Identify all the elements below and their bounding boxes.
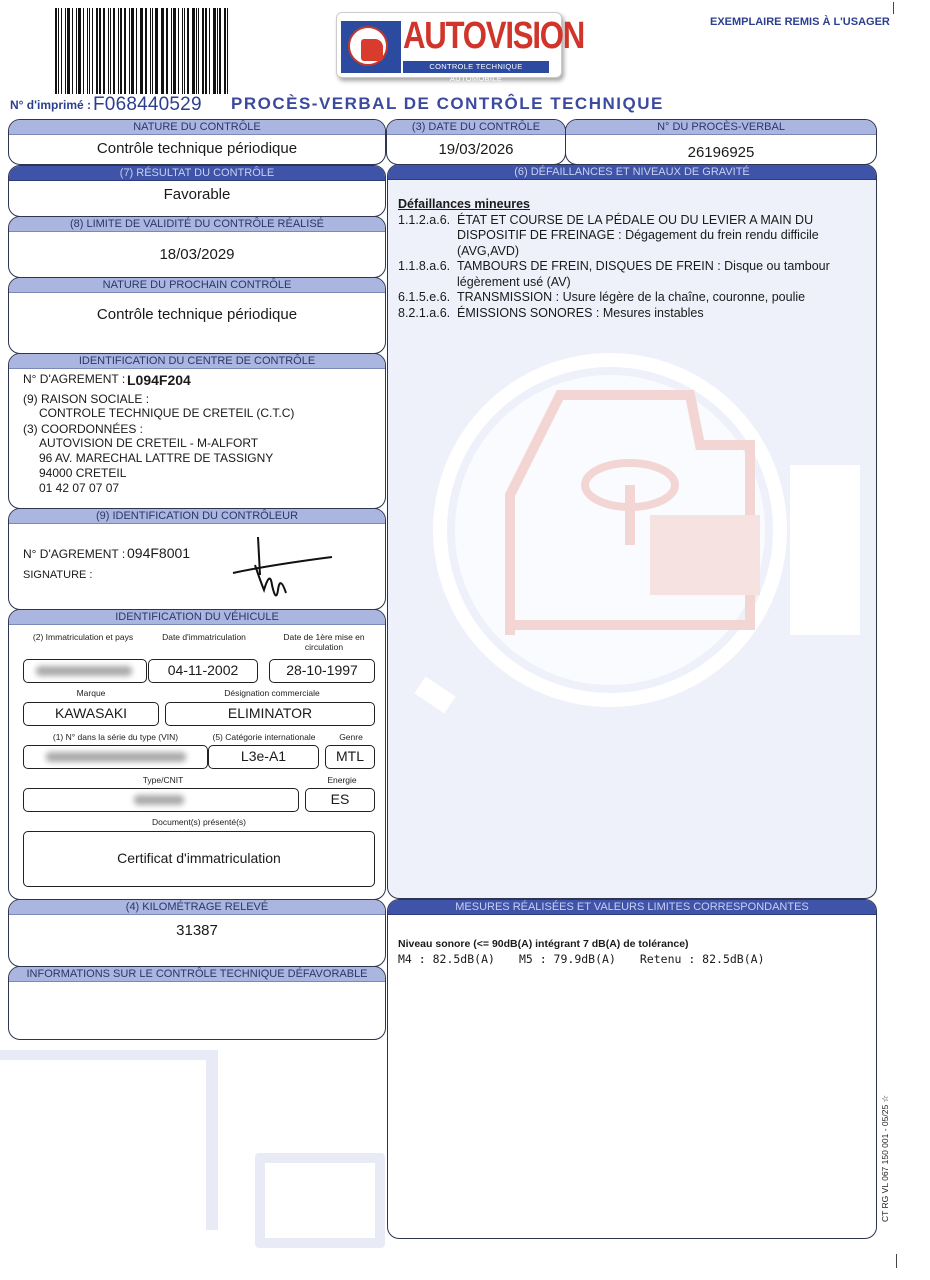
coord-line: 94000 CRETEIL [39,466,126,481]
section-header: (3) DATE DU CONTRÔLE [387,120,565,135]
section-header: IDENTIFICATION DU VÉHICULE [9,610,385,625]
designation-field: ELIMINATOR [165,702,375,726]
section-header: NATURE DU PROCHAIN CONTRÔLE [9,278,385,293]
mesure-m4: M4 : 82.5dB(A) [398,952,495,966]
centre-agrement-label: N° D'AGREMENT : [23,372,125,387]
trim-mark [896,1254,897,1268]
controleur-agrement-value: 094F8001 [127,545,190,561]
date-controle-value: 19/03/2026 [387,141,565,158]
magnifier-icon [348,26,388,66]
section-header: IDENTIFICATION DU CENTRE DE CONTRÔLE [9,354,385,369]
defaillance-text: TAMBOURS DE FREIN, DISQUES DE FREIN : Di… [457,259,868,290]
type-field [23,788,299,812]
energie-field: ES [305,788,375,812]
kilometrage-value: 31387 [9,922,385,939]
mesure-retenu: Retenu : 82.5dB(A) [640,952,765,966]
form-code: CT RG VL 067 150 001 - 05/25 ☆ [880,1095,891,1222]
page-title: PROCÈS-VERBAL DE CONTRÔLE TECHNIQUE [231,94,664,114]
defaillance-item: 1.1.2.a.6. ÉTAT ET COURSE DE LA PÉDALE O… [398,213,868,260]
logo-brand: AUTOVISION [403,15,584,58]
validite-section: (8) LIMITE DE VALIDITÉ DU CONTRÔLE RÉALI… [8,216,386,278]
designation-label: Désignation commerciale [167,688,377,698]
date-circ-field: 28-10-1997 [269,659,375,683]
section-header: (7) RÉSULTAT DU CONTRÔLE [9,166,385,181]
type-label: Type/CNIT [23,775,303,785]
imprime-label: N° d'imprimé : [10,98,91,112]
defaillance-item: 8.2.1.a.6. ÉMISSIONS SONORES : Mesures i… [398,306,868,322]
coord-label: (3) COORDONNÉES : [23,422,143,437]
prochain-section: NATURE DU PROCHAIN CONTRÔLE Contrôle tec… [8,277,386,354]
energie-label: Energie [309,775,375,785]
vin-field [23,745,208,769]
marque-field: KAWASAKI [23,702,159,726]
centre-agrement-value: L094F204 [127,372,191,388]
genre-field: MTL [325,745,375,769]
kilometrage-section: (4) KILOMÉTRAGE RELEVÉ 31387 [8,899,386,967]
section-header: (6) DÉFAILLANCES ET NIVEAUX DE GRAVITÉ [388,165,876,180]
defaillance-text: ÉMISSIONS SONORES : Mesures instables [457,306,868,322]
date-immat-label: Date d'immatriculation [149,632,259,642]
defaillances-section: (6) DÉFAILLANCES ET NIVEAUX DE GRAVITÉ D… [387,164,877,899]
mesures-title: Niveau sonore (<= 90dB(A) intégrant 7 dB… [398,938,866,950]
section-header: NATURE DU CONTRÔLE [9,120,385,135]
date-circ-label: Date de 1ère mise en circulation [274,632,374,652]
section-header: (8) LIMITE DE VALIDITÉ DU CONTRÔLE RÉALI… [9,217,385,232]
resultat-section: (7) RÉSULTAT DU CONTRÔLE Favorable [8,165,386,217]
section-header: N° DU PROCÈS-VERBAL [566,120,876,135]
watermark-logo [410,345,860,715]
mesures-section: MESURES RÉALISÉES ET VALEURS LIMITES COR… [387,899,877,1239]
stamp-area [255,1153,385,1248]
controleur-agrement-label: N° D'AGREMENT : [23,547,125,562]
pv-number-value: 26196925 [566,144,876,161]
nature-controle-value: Contrôle technique périodique [9,140,385,157]
prochain-value: Contrôle technique périodique [9,306,385,323]
signature [230,535,340,605]
raison-value: CONTROLE TECHNIQUE DE CRETEIL (C.T.C) [39,406,294,421]
defaillance-text: ÉTAT ET COURSE DE LA PÉDALE OU DU LEVIER… [457,213,868,260]
categorie-field: L3e-A1 [208,745,319,769]
section-header: MESURES RÉALISÉES ET VALEURS LIMITES COR… [388,900,876,915]
documents-label: Document(s) présenté(s) [23,817,375,827]
coord-line: 96 AV. MARECHAL LATTRE DE TASSIGNY [39,451,273,466]
immat-label: (2) Immatriculation et pays [23,632,143,642]
defaillances-group-title: Défaillances mineures [398,197,868,213]
nature-controle-section: NATURE DU CONTRÔLE Contrôle technique pé… [8,119,386,165]
date-immat-field: 04-11-2002 [148,659,258,683]
mesures-body: Niveau sonore (<= 90dB(A) intégrant 7 dB… [398,938,866,966]
centre-section: IDENTIFICATION DU CENTRE DE CONTRÔLE N° … [8,353,386,509]
logo-tagline: CONTROLE TECHNIQUE AUTOMOBILE [403,61,549,73]
defaillance-item: 1.1.8.a.6. TAMBOURS DE FREIN, DISQUES DE… [398,259,868,290]
imprime-number: F068440529 [93,94,202,116]
genre-label: Genre [327,732,375,742]
section-header: INFORMATIONS SUR LE CONTRÔLE TECHNIQUE D… [9,967,385,982]
coord-line: AUTOVISION DE CRETEIL - M-ALFORT [39,436,258,451]
immat-field [23,659,147,683]
defaillance-code: 1.1.8.a.6. [398,259,457,290]
mesures-values: M4 : 82.5dB(A) M5 : 79.9dB(A) Retenu : 8… [398,952,866,966]
defaillance-item: 6.1.5.e.6. TRANSMISSION : Usure légère d… [398,290,868,306]
barcode [55,8,230,94]
defaillances-list: Défaillances mineures 1.1.2.a.6. ÉTAT ET… [398,197,868,321]
raison-label: (9) RAISON SOCIALE : [23,392,149,407]
date-controle-section: (3) DATE DU CONTRÔLE 19/03/2026 [386,119,566,165]
pv-number-section: N° DU PROCÈS-VERBAL 26196925 [565,119,877,165]
section-header: (4) KILOMÉTRAGE RELEVÉ [9,900,385,915]
resultat-value: Favorable [9,186,385,203]
vin-label: (1) N° dans la série du type (VIN) [23,732,208,742]
stamp-area [0,1050,218,1230]
defaillance-text: TRANSMISSION : Usure légère de la chaîne… [457,290,868,306]
car-icon [361,39,383,61]
trim-mark [893,2,894,14]
mesure-m5: M5 : 79.9dB(A) [519,952,616,966]
defavorable-section: INFORMATIONS SUR LE CONTRÔLE TECHNIQUE D… [8,966,386,1040]
defaillance-code: 1.1.2.a.6. [398,213,457,260]
marque-label: Marque [23,688,159,698]
vehicule-section: IDENTIFICATION DU VÉHICULE (2) Immatricu… [8,609,386,900]
section-header: (9) IDENTIFICATION DU CONTRÔLEUR [9,509,385,524]
defaillance-code: 6.1.5.e.6. [398,290,457,306]
categorie-label: (5) Catégorie internationale [209,732,319,742]
coord-line: 01 42 07 07 07 [39,481,119,496]
defaillance-code: 8.2.1.a.6. [398,306,457,322]
copy-note: EXEMPLAIRE REMIS À L'USAGER [710,16,890,28]
documents-field: Certificat d'immatriculation [23,831,375,887]
logo-badge [341,21,401,73]
signature-label: SIGNATURE : [23,569,92,581]
autovision-logo: AUTOVISION CONTROLE TECHNIQUE AUTOMOBILE [336,12,562,78]
validite-value: 18/03/2029 [9,246,385,263]
